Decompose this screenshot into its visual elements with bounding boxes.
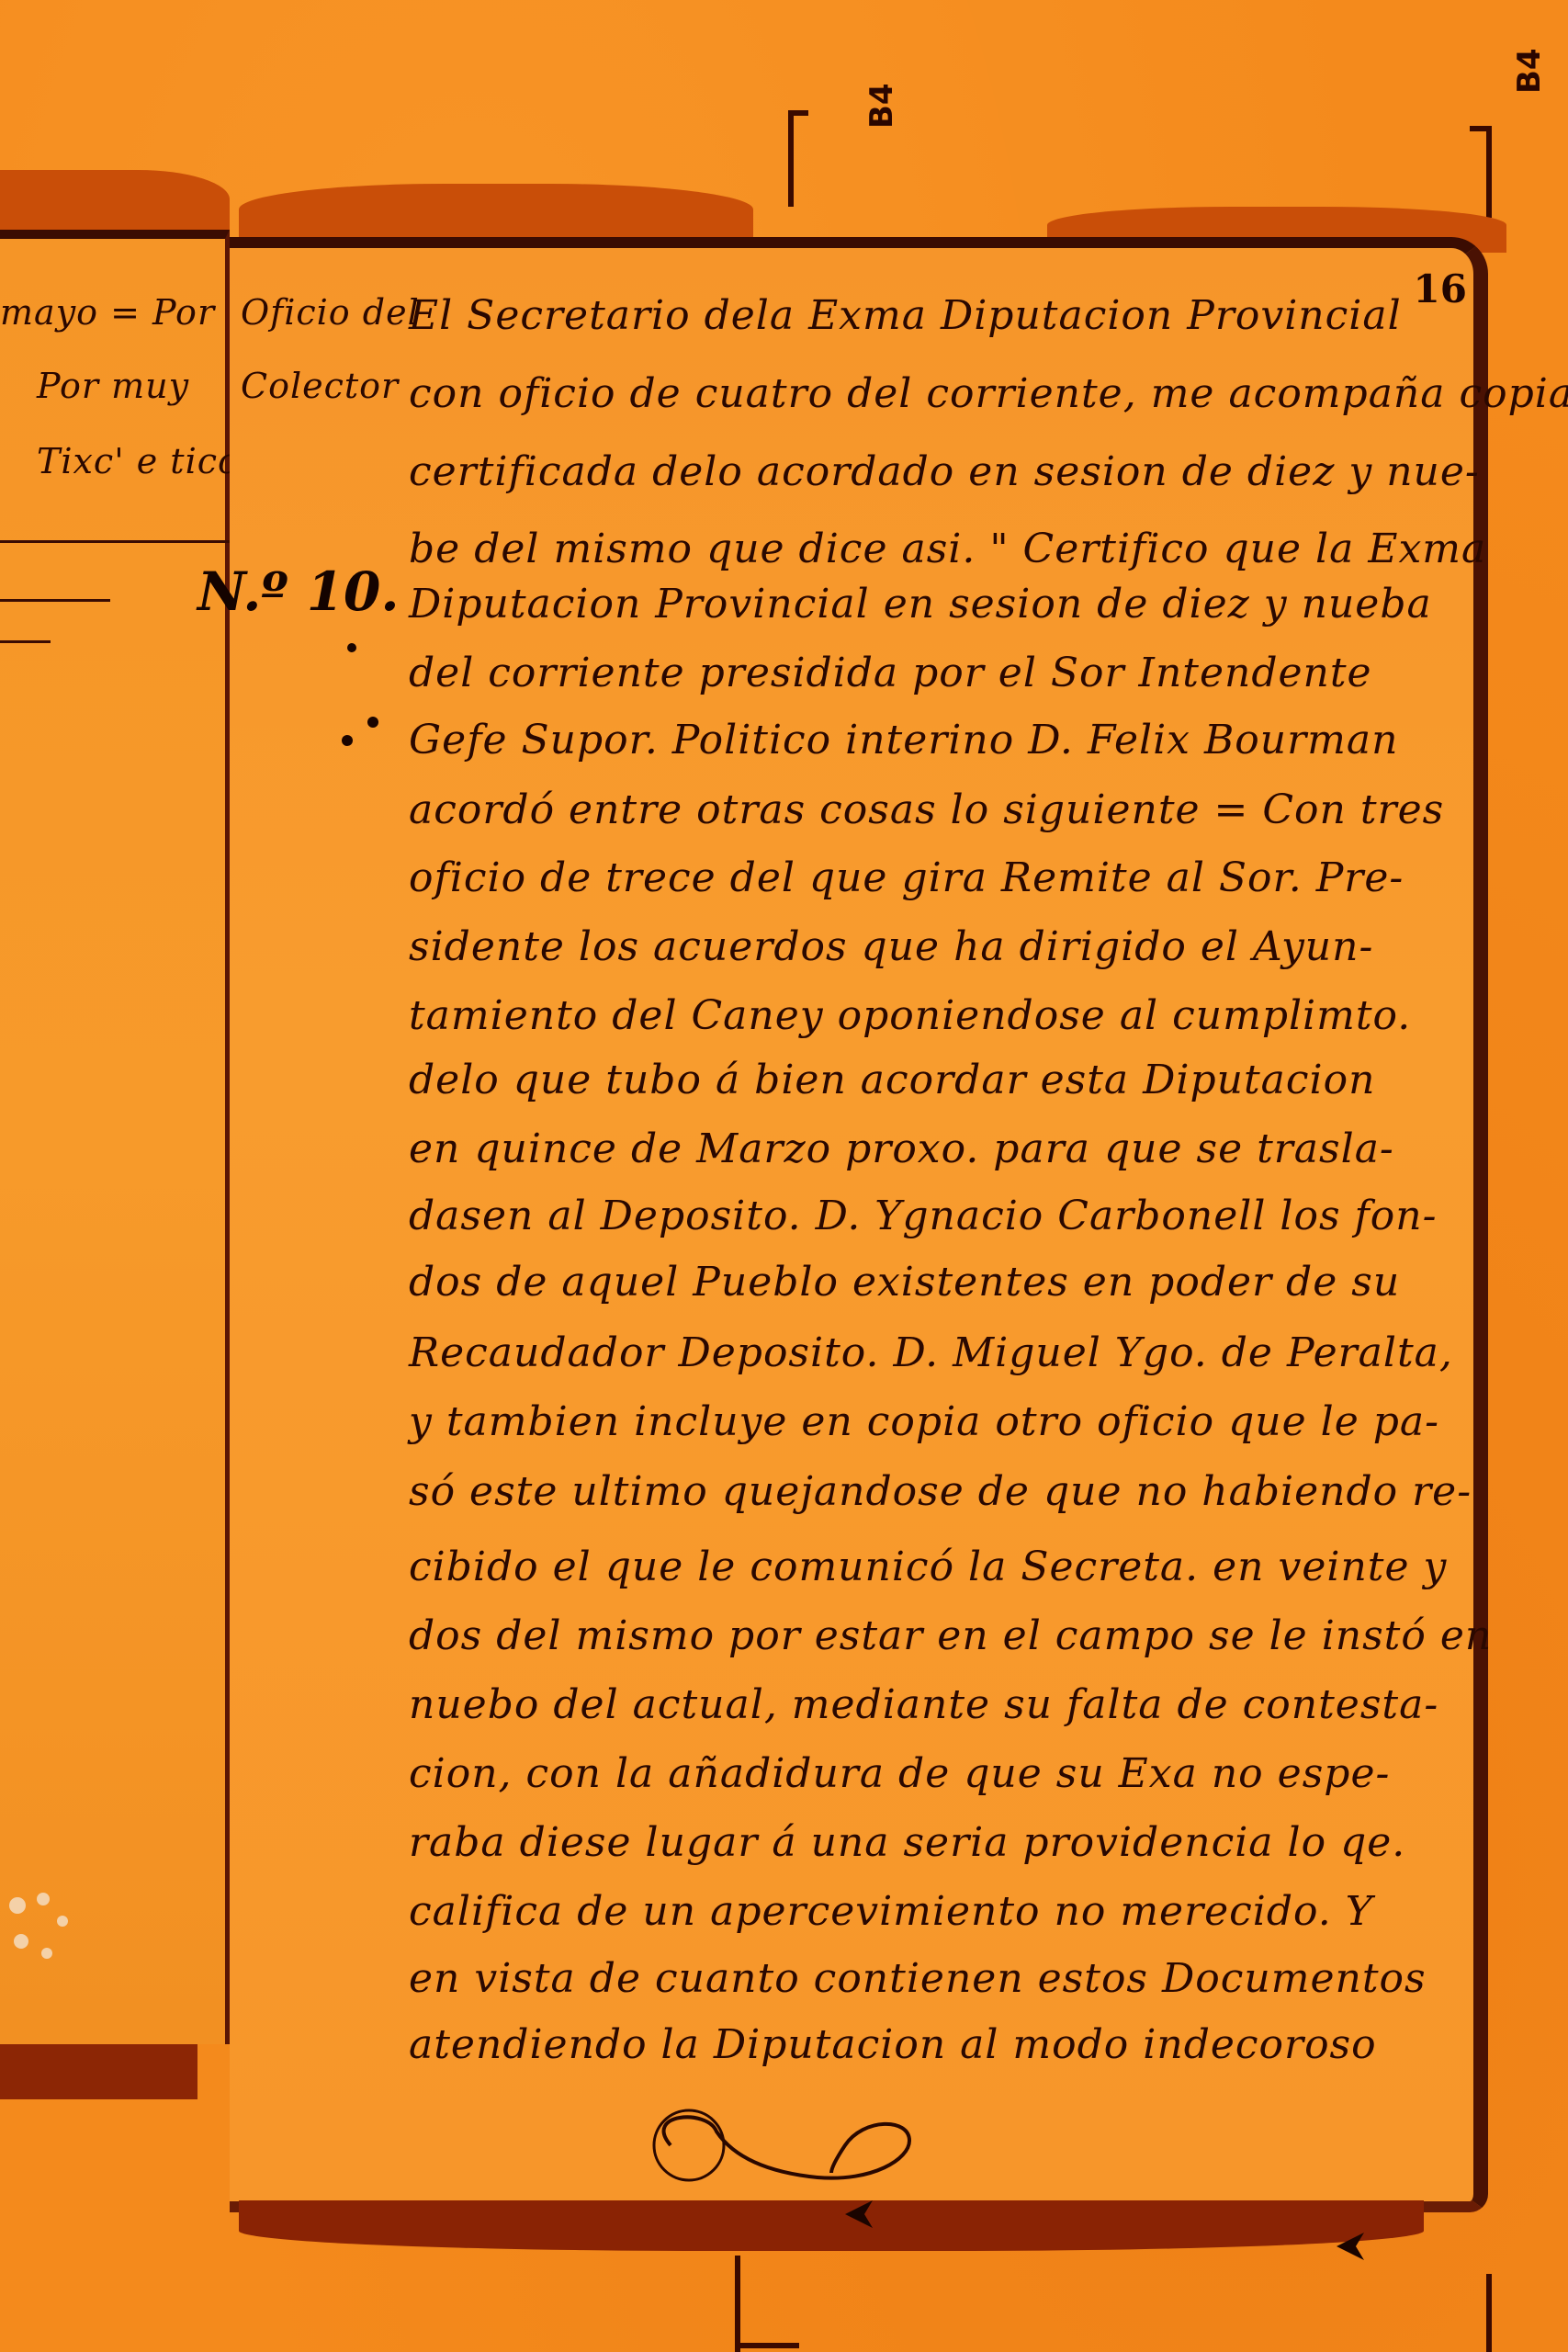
body-line: tamiento del Caney oponiendose al cumpli… [409,992,1474,1039]
closing-flourish-icon [634,2104,928,2187]
body-line: raba diese lugar á una seria providencia… [409,1819,1474,1866]
body-line: só este ultimo quejandose de que no habi… [409,1468,1474,1515]
body-line: cibido el que le comunicó la Secreta. en… [409,1543,1474,1590]
left-page-line: Tixc' e tico [37,441,240,481]
body-line: nuebo del actual, mediante su falta de c… [409,1681,1474,1728]
page-shadow [239,2200,1424,2251]
page-shadow [0,2044,197,2099]
body-line: dos del mismo por estar en el campo se l… [409,1612,1474,1659]
body-line: califica de un apercevimiento no merecid… [409,1888,1474,1935]
body-line: acordó entre otras cosas lo siguiente = … [409,786,1474,833]
margin-note-line: Oficio del [241,292,420,333]
body-line: Diputacion Provincial en sesion de diez … [409,581,1474,628]
body-line: El Secretario dela Exma Diputacion Provi… [409,292,1474,339]
crop-label: B4 [863,83,900,129]
left-page-line: Por muy [37,366,189,406]
body-line: oficio de trece del que gira Remite al S… [409,854,1474,901]
body-line: del corriente presidida por el Sor Inten… [409,650,1474,696]
crop-label: B4 [1511,48,1548,94]
entry-number: N.º 10. [197,560,400,623]
body-line: y tambien incluye en copia otro oficio q… [409,1398,1474,1445]
margin-note-line: Colector [241,366,399,406]
body-line: dasen al Deposito. D. Ygnacio Carbonell … [409,1193,1474,1239]
ruled-line [0,540,230,543]
body-line: con oficio de cuatro del corriente, me a… [409,370,1474,417]
left-page-line: mayo = Por [0,292,215,333]
body-line: en vista de cuanto contienen estos Docum… [409,1955,1474,2002]
left-page [0,230,230,2044]
body-line: dos de aquel Pueblo existentes en poder … [409,1259,1474,1306]
body-line: be del mismo que dice asi. " Certifico q… [409,526,1474,572]
body-line: delo que tubo á bien acordar esta Diputa… [409,1057,1474,1103]
body-line: atendiendo la Diputacion al modo indecor… [409,2021,1474,2068]
body-line: cion, con la añadidura de que su Exa no … [409,1750,1474,1797]
body-line: Gefe Supor. Politico interino D. Felix B… [409,717,1474,763]
body-line: sidente los acuerdos que ha dirigido el … [409,923,1474,970]
body-line: en quince de Marzo proxo. para que se tr… [409,1125,1474,1172]
ruled-line [0,640,51,643]
ruled-line [0,599,110,602]
body-line: certificada delo acordado en sesion de d… [409,448,1474,495]
body-line: Recaudador Deposito. D. Miguel Ygo. de P… [409,1329,1474,1376]
